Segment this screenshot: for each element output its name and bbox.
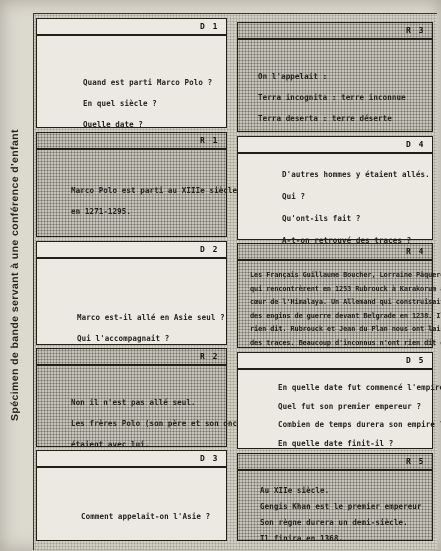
text-line: D'autres hommes y étaient allés. — [282, 164, 428, 186]
text-line: Qui ? — [282, 186, 428, 208]
text-line: cœur de l'Himalaya. Un Allemand qui cons… — [250, 296, 426, 310]
panel-label: R 5 — [406, 457, 425, 466]
panel-label: D 5 — [406, 356, 425, 365]
text-line: rien dit. Rubrouck et Jean du Plan nous … — [250, 323, 426, 337]
text-line: Combien de temps durera son empire ? — [278, 416, 428, 435]
panel-answer-r5: R 5 Au XIIe siècle. Gengis Khan est le p… — [237, 453, 433, 541]
panel-label: D 4 — [406, 140, 425, 149]
text-line: des engins de guerre devant Belgrade en … — [250, 310, 426, 324]
text-line: Terra incognita : terre inconnue — [258, 87, 428, 108]
panel-question-d5: D 5 En quelle date fut commencé l'empire… — [237, 352, 433, 449]
text-line: En quel siècle ? — [83, 93, 222, 114]
panel-header: R 2 — [37, 349, 226, 366]
text-line: qui rencontrèrent en 1253 Rubrouck à Kar… — [250, 283, 426, 297]
text-line: On l'appelait : — [258, 66, 428, 87]
panel-body: Au XIIe siècle. Gengis Khan est le premi… — [238, 471, 432, 547]
panel-header: R 5 — [238, 454, 432, 471]
panel-label: D 1 — [200, 22, 219, 31]
panel-body: On l'appelait : Terra incognita : terre … — [238, 40, 432, 129]
text-line: Comment appelait-on l'Asie ? — [81, 506, 222, 527]
text-line: Au XIIe siècle. — [260, 483, 428, 499]
panel-answer-r2: R 2 Non il n'est pas allé seul. Les frèr… — [36, 348, 227, 447]
panel-body: Non il n'est pas allé seul. Les frères P… — [37, 366, 226, 455]
panel-question-d3: D 3 Comment appelait-on l'Asie ? — [36, 450, 227, 541]
panel-header: R 4 — [238, 244, 432, 261]
panel-body: Marco est-il allé en Asie seul ? Qui l'a… — [37, 259, 226, 349]
panel-answer-r1: R 1 Marco Polo est parti au XIIIe siècle… — [36, 132, 227, 237]
panel-header: D 3 — [37, 451, 226, 468]
text-line: Les Français Guillaume Boucher, Lorraine… — [250, 269, 426, 283]
text-line: des traces. Beaucoup d'inconnus n'ont ri… — [250, 337, 426, 351]
text-line: Qu'ont-ils fait ? — [282, 208, 428, 230]
text-line: Terra deserta : terre déserte — [258, 108, 428, 129]
panel-label: R 2 — [200, 352, 219, 361]
text-line: Il finira en 1368. — [260, 531, 428, 547]
text-line: Son règne durera un demi-siècle. — [260, 515, 428, 531]
panel-question-d1: D 1 Quand est parti Marco Polo ? En quel… — [36, 18, 227, 128]
panel-header: R 1 — [37, 133, 226, 150]
text-line: Qui l'accompagnait ? — [77, 328, 222, 349]
text-line: Marco Polo est parti au XIIIe siècle — [71, 180, 222, 201]
panel-header: D 2 — [37, 242, 226, 259]
panel-label: R 3 — [406, 26, 425, 35]
panel-body: Marco Polo est parti au XIIIe siècle en … — [37, 150, 226, 222]
text-line: En quelle date finit-il ? — [278, 435, 428, 454]
panel-header: R 3 — [238, 23, 432, 40]
panel-body: Quand est parti Marco Polo ? En quel siè… — [37, 36, 226, 135]
panel-label: D 3 — [200, 454, 219, 463]
panel-header: D 4 — [238, 137, 432, 154]
panel-header: D 1 — [37, 19, 226, 36]
text-line: en 1271-1295. — [71, 201, 222, 222]
panel-answer-r3: R 3 On l'appelait : Terra incognita : te… — [237, 22, 433, 132]
panel-answer-r4: R 4 Les Français Guillaume Boucher, Lorr… — [237, 243, 433, 348]
text-line: Gengis Khan est le premier empereur — [260, 499, 428, 515]
vertical-caption: Spécimen de bande servant à une conféren… — [0, 0, 30, 551]
panel-label: D 2 — [200, 245, 219, 254]
panel-body: En quelle date fut commencé l'empire mon… — [238, 370, 432, 453]
text-line: Quand est parti Marco Polo ? — [83, 72, 222, 93]
text-line: En quelle date fut commencé l'empire mon… — [278, 379, 428, 398]
panel-header: D 5 — [238, 353, 432, 370]
text-line: Quel fut son premier empereur ? — [278, 398, 428, 417]
text-line: Les frères Polo (son père et son oncle) — [71, 413, 222, 434]
scanned-document-page: Spécimen de bande servant à une conféren… — [0, 0, 441, 551]
panel-label: R 1 — [200, 136, 219, 145]
text-line: Marco est-il allé en Asie seul ? — [77, 307, 222, 328]
text-line: Non il n'est pas allé seul. — [71, 392, 222, 413]
panel-question-d2: D 2 Marco est-il allé en Asie seul ? Qui… — [36, 241, 227, 345]
panel-body: Les Français Guillaume Boucher, Lorraine… — [238, 261, 432, 364]
panel-question-d4: D 4 D'autres hommes y étaient allés. Qui… — [237, 136, 433, 240]
panel-label: R 4 — [406, 247, 425, 256]
panel-body: Comment appelait-on l'Asie ? — [37, 468, 226, 527]
